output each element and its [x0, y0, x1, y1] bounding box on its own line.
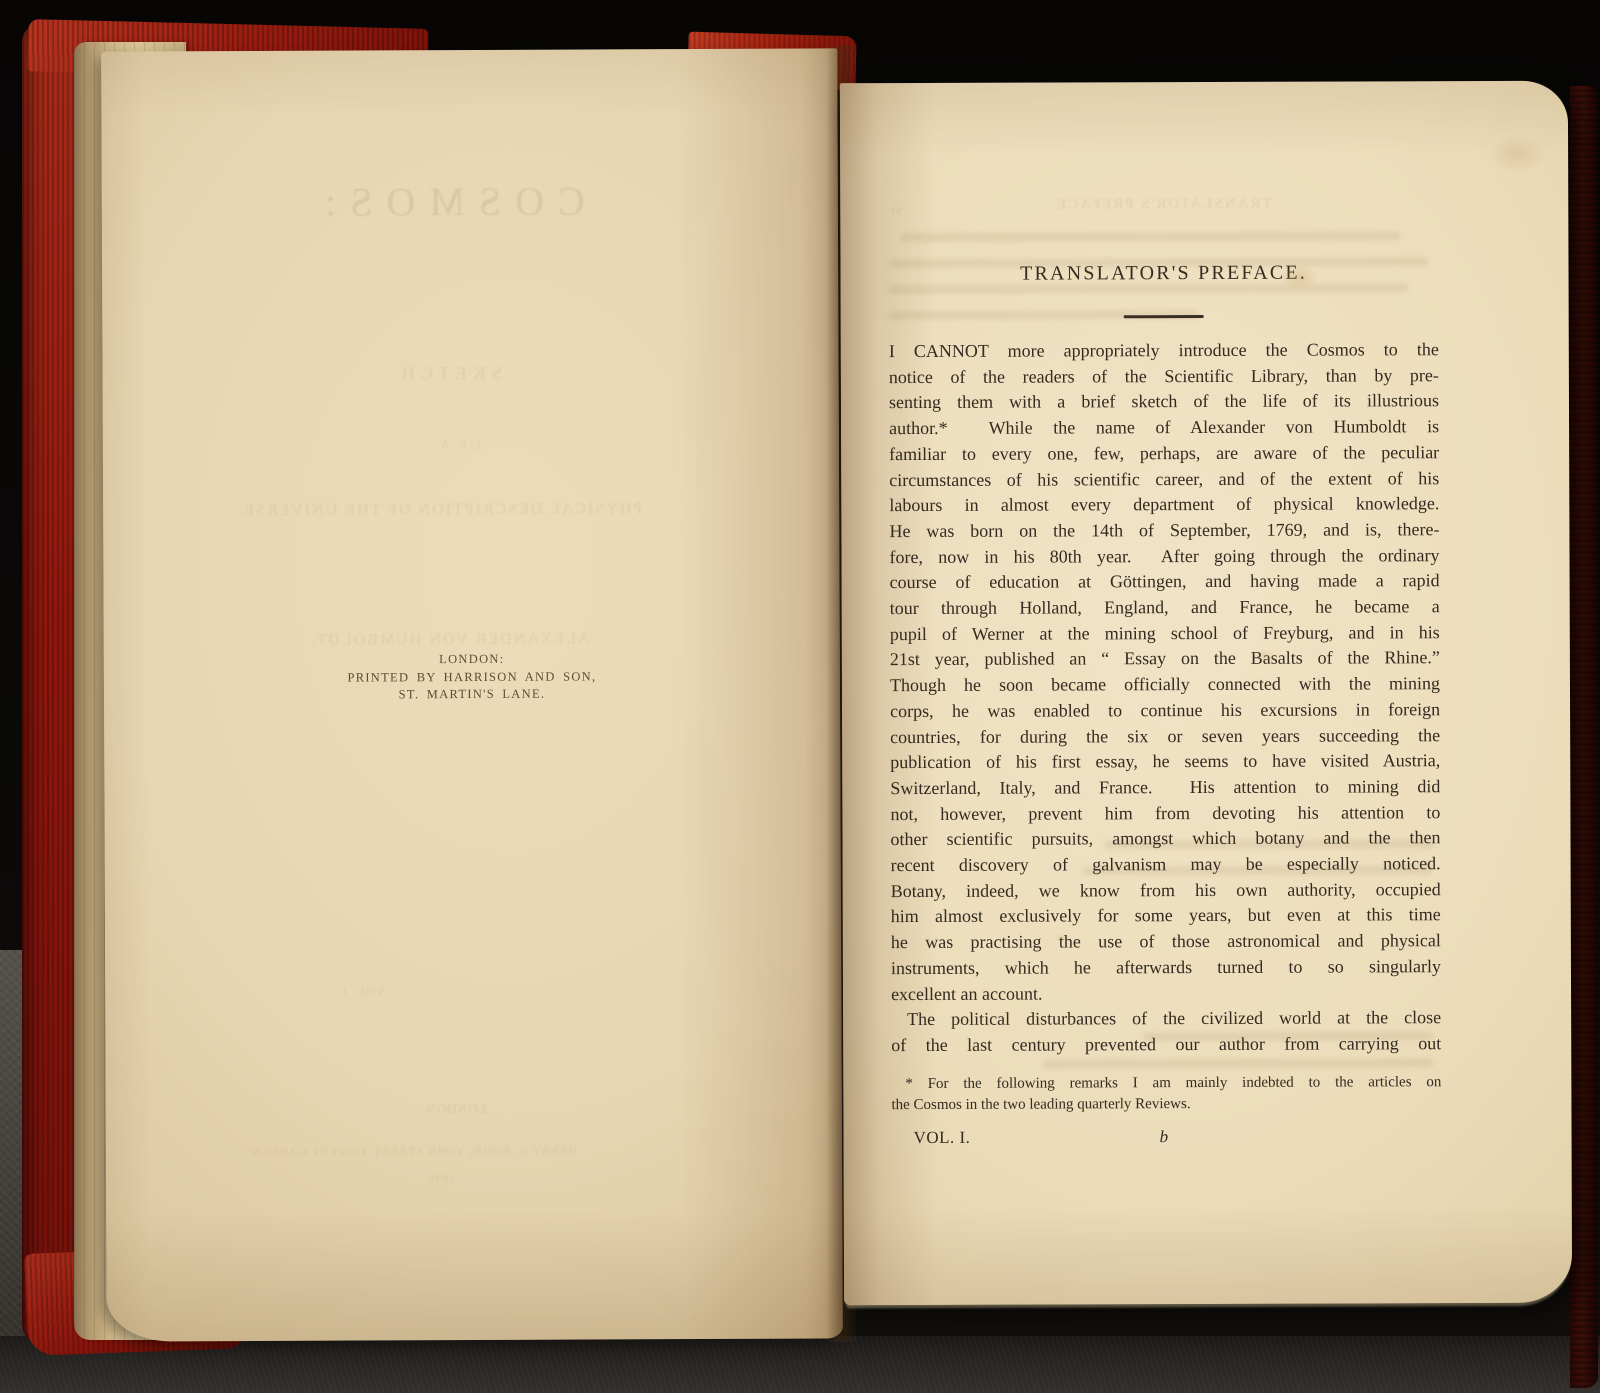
paragraph-2: The political disturbances of the civili…	[891, 1005, 1441, 1058]
heading-rule	[1124, 315, 1204, 318]
body-line: Botany, indeed, we know from his own aut…	[891, 877, 1441, 905]
body-line: 21st year, published an “ Essay on the B…	[890, 646, 1440, 674]
body-line: I CANNOT more appropriately introduce th…	[889, 337, 1439, 365]
body-line: not, however, prevent him from devoting …	[890, 800, 1440, 828]
signature-mark: b	[1160, 1124, 1169, 1150]
body-line: Switzerland, Italy, and France. His atte…	[890, 774, 1440, 802]
right-page: vi TRANSLATOR'S PREFACE. TRANSLATOR'S PR…	[840, 81, 1572, 1306]
body-line: Though he soon became officially connect…	[890, 671, 1440, 699]
body-line: fore, now in his 80th year. After going …	[889, 543, 1439, 571]
body-line: tour through Holland, England, and Franc…	[890, 594, 1440, 622]
ghost-sketch-showthrough: SKETCH	[396, 363, 502, 384]
preface-body: I CANNOT more appropriately introduce th…	[889, 337, 1442, 1149]
left-page: COSMOS: SKETCH OF A PHYSICAL DESCRIPTION…	[101, 48, 843, 1341]
body-line: labours in almost every department of ph…	[889, 491, 1439, 519]
ghost-volume-showthrough: VOL. I.	[337, 983, 385, 999]
paragraph-1: I CANNOT more appropriately introduce th…	[889, 337, 1441, 981]
body-line: he was practising the use of those astro…	[891, 928, 1441, 956]
body-line: other scientific pursuits, amongst which…	[890, 826, 1440, 854]
paragraph-1-last-line: excellent an account.	[891, 980, 1441, 1008]
body-line: corps, he was enabled to continue his ex…	[890, 697, 1440, 725]
printer-imprint: LONDON:PRINTED BY HARRISON AND SON,ST. M…	[104, 649, 840, 705]
body-line: of the last century prevented our author…	[891, 1031, 1441, 1059]
preface-heading: TRANSLATOR'S PREFACE.	[888, 261, 1438, 286]
ghost-text-bar	[900, 231, 1400, 242]
floor-fabric-bottom	[0, 1336, 1600, 1393]
body-line: instruments, which he afterwards turned …	[891, 954, 1441, 982]
body-line: He was born on the 14th of September, 17…	[889, 517, 1439, 545]
footnote-line: the Cosmos in the two leading quarterly …	[891, 1093, 1441, 1116]
ghost-author-showthrough: ALEXANDER VON HUMBOLDT,	[310, 630, 590, 649]
body-line: familiar to every one, few, perhaps, are…	[889, 440, 1439, 468]
volume-label: VOL. I.	[914, 1125, 971, 1151]
ghost-publisher-showthrough: HENRY G. BOHN, YORK STREET, COVENT GARDE…	[247, 1144, 577, 1160]
book-photo: COSMOS: SKETCH OF A PHYSICAL DESCRIPTION…	[0, 0, 1600, 1393]
body-line: countries, for during the six or seven y…	[890, 723, 1440, 751]
ghost-london-showthrough: LONDON:	[421, 1101, 487, 1117]
ghost-running-head: TRANSLATOR'S PREFACE.	[1049, 196, 1272, 214]
ghost-subtitle-showthrough: PHYSICAL DESCRIPTION OF THE UNIVERSE.	[236, 500, 642, 520]
body-line: pupil of Werner at the mining school of …	[890, 620, 1440, 648]
body-line: The political disturbances of the civili…	[891, 1005, 1441, 1033]
body-line: notice of the readers of the Scientific …	[889, 363, 1439, 391]
signature-row: VOL. I. b	[892, 1123, 1442, 1149]
ghost-title-showthrough: COSMOS:	[311, 178, 585, 226]
body-line: course of education at Göttingen, and ha…	[890, 569, 1440, 597]
body-line: publication of his first essay, he seems…	[890, 748, 1440, 776]
body-line: senting them with a brief sketch of the …	[889, 389, 1439, 417]
ghost-page-number: vi	[891, 203, 902, 219]
book-cover-right-edge	[1570, 86, 1598, 1388]
imprint-line: ST. MARTIN'S LANE.	[104, 684, 840, 705]
ghost-year-showthrough: 1849.	[423, 1171, 455, 1186]
body-line: recent discovery of galvanism may be esp…	[891, 851, 1441, 879]
body-line: author.* While the name of Alexander von…	[889, 414, 1439, 442]
body-line: him almost exclusively for some years, b…	[891, 903, 1441, 931]
ghost-of-a-showthrough: OF A	[438, 438, 481, 454]
body-line: circumstances of his scientific career, …	[889, 466, 1439, 494]
footnote-line: * For the following remarks I am mainly …	[891, 1072, 1441, 1095]
footnote: * For the following remarks I am mainly …	[891, 1072, 1441, 1116]
